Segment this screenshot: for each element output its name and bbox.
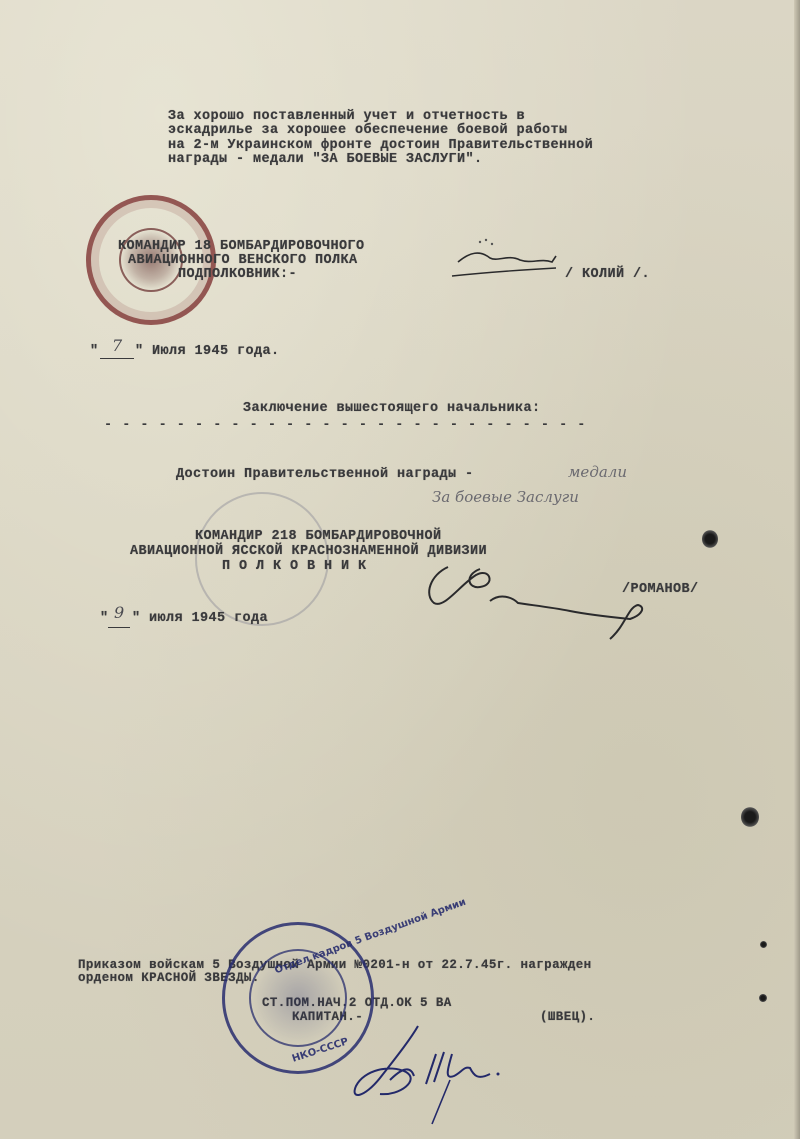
division-date-text: " июля 1945 года: [132, 612, 268, 626]
division-commander-title-3: П О Л К О В Н И К: [222, 560, 367, 574]
punch-hole: [760, 941, 767, 948]
regiment-commander-signature: [450, 232, 570, 282]
conclusion-heading: Заключение вышестоящего начальника:: [243, 402, 541, 416]
merit-line-1: За хорошо поставленный учет и отчетность…: [168, 110, 525, 124]
regiment-commander-title-3: ПОДПОЛКОВНИК:-: [178, 268, 297, 282]
date-underline: [100, 358, 134, 359]
division-commander-signature: [420, 555, 660, 645]
order-signer-signature: [340, 1020, 520, 1130]
punch-hole: [759, 994, 767, 1002]
punch-hole: [741, 807, 759, 827]
division-commander-title-1: КОМАНДИР 218 БОМБАРДИРОВОЧНОЙ: [195, 530, 442, 544]
regiment-date-open-quote: ": [90, 345, 99, 359]
regiment-date-day: 7: [112, 336, 122, 355]
conclusion-handwritten-2: За боевые Заслуги: [432, 488, 579, 506]
regiment-date-text: " Июля 1945 года.: [135, 345, 280, 359]
paper-edge: [794, 0, 800, 1139]
conclusion-handwritten-1: медали: [568, 463, 627, 481]
order-signer-name: (ШВЕЦ).: [540, 1010, 595, 1024]
regiment-commander-title-1: КОМАНДИР 18 БОМБАРДИРОВОЧНОГО: [118, 240, 365, 254]
division-commander-name: /РОМАНОВ/: [622, 583, 699, 597]
punch-hole: [702, 530, 718, 548]
division-date-day: 9: [114, 603, 124, 622]
conclusion-separator: - - - - - - - - - - - - - - - - - - - - …: [104, 418, 586, 433]
division-date-open-quote: ": [100, 612, 109, 626]
regiment-commander-name: / КОЛИЙ /.: [565, 268, 650, 282]
merit-line-2: эскадрилье за хорошее обеспечение боевой…: [168, 124, 568, 138]
date-underline: [108, 627, 130, 628]
regiment-commander-title-2: АВИАЦИОННОГО ВЕНСКОГО ПОЛКА: [128, 254, 358, 268]
conclusion-text: Достоин Правительственной награды -: [176, 468, 482, 482]
merit-line-4: награды - медали "ЗА БОЕВЫЕ ЗАСЛУГИ".: [168, 153, 483, 167]
merit-line-3: на 2-м Украинском фронте достоин Правите…: [168, 139, 593, 153]
